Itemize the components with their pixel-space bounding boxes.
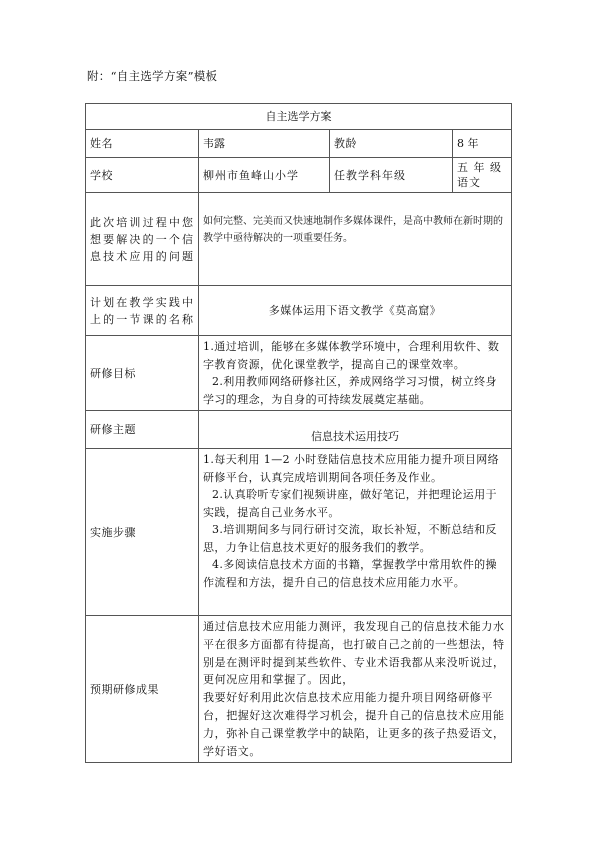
goal-item: 2.利用教师网络研修社区，养成网络学习习惯，树立终身学习的理念，为自身的可持续发…	[203, 373, 507, 408]
name-row: 姓名 韦露 教龄 8 年	[86, 130, 512, 158]
document-caption: 附：“自主选学方案”模板	[87, 68, 217, 84]
table-title: 自主选学方案	[86, 104, 512, 130]
lesson-label: 计划在教学实践中上的一节课的名称	[86, 286, 199, 336]
school-value: 柳州市鱼峰山小学	[199, 158, 330, 193]
outcome-label: 预期研修成果	[86, 616, 199, 763]
years-value: 8 年	[453, 130, 512, 158]
problem-text: 如何完整、完美而又快速地制作多媒体课件，是高中教师在新时期的教学中亟待解决的一项…	[203, 216, 503, 244]
table-title-row: 自主选学方案	[86, 104, 512, 130]
step-item: 4.多阅读信息技术方面的书籍，掌握教学中常用软件的操作流程和方法，提升自己的信息…	[203, 556, 507, 591]
theme-text: 信息技术运用技巧	[311, 430, 399, 443]
subject-value: 五 年 级 语文	[453, 158, 512, 193]
theme-value: 信息技术运用技巧	[199, 411, 512, 449]
name-value: 韦露	[199, 130, 330, 158]
steps-row: 实施步骤 1.每天利用 1—2 小时登陆信息技术应用能力提升项目网络研修平台，认…	[86, 449, 512, 616]
goals-row: 研修目标 1.通过培训，能够在多媒体教学环境中，合理利用软件、数字教育资源，优化…	[86, 336, 512, 411]
goals-value: 1.通过培训，能够在多媒体教学环境中，合理利用软件、数字教育资源，优化课堂教学，…	[199, 336, 512, 411]
lesson-value: 多媒体运用下语文教学《莫高窟》	[199, 286, 512, 336]
outcome-value: 通过信息技术应用能力测评，我发现自己的信息技术能力水平在很多方面都有待提高，也打…	[199, 616, 512, 763]
steps-label: 实施步骤	[86, 449, 199, 616]
problem-row: 此次培训过程中您想要解决的一个信息技术应用的问题 如何完整、完美而又快速地制作多…	[86, 193, 512, 286]
outcome-row: 预期研修成果 通过信息技术应用能力测评，我发现自己的信息技术能力水平在很多方面都…	[86, 616, 512, 763]
subject-label: 任教学科年级	[330, 158, 453, 193]
problem-value: 如何完整、完美而又快速地制作多媒体课件，是高中教师在新时期的教学中亟待解决的一项…	[199, 193, 512, 286]
goals-label: 研修目标	[86, 336, 199, 411]
theme-row: 研修主题 信息技术运用技巧	[86, 411, 512, 449]
self-study-plan-table: 自主选学方案 姓名 韦露 教龄 8 年 学校 柳州市鱼峰山小学 任教学科年级 五…	[85, 103, 512, 763]
years-label: 教龄	[330, 130, 453, 158]
outcome-paragraph: 我要好好利用此次信息技术应用能力提升项目网络研修平台，把握好这次难得学习机会，提…	[203, 689, 507, 760]
problem-label: 此次培训过程中您想要解决的一个信息技术应用的问题	[86, 193, 199, 286]
goal-item: 1.通过培训，能够在多媒体教学环境中，合理利用软件、数字教育资源，优化课堂教学，…	[203, 338, 507, 373]
school-row: 学校 柳州市鱼峰山小学 任教学科年级 五 年 级 语文	[86, 158, 512, 193]
school-label: 学校	[86, 158, 199, 193]
name-label: 姓名	[86, 130, 199, 158]
theme-label: 研修主题	[86, 411, 199, 449]
step-item: 1.每天利用 1—2 小时登陆信息技术应用能力提升项目网络研修平台，认真完成培训…	[203, 451, 507, 486]
outcome-paragraph: 通过信息技术应用能力测评，我发现自己的信息技术能力水平在很多方面都有待提高，也打…	[203, 618, 507, 689]
lesson-row: 计划在教学实践中上的一节课的名称 多媒体运用下语文教学《莫高窟》	[86, 286, 512, 336]
step-item: 3.培训期间多与同行研讨交流，取长补短，不断总结和反思，力争让信息技术更好的服务…	[203, 521, 507, 556]
step-item: 2.认真聆听专家们视频讲座，做好笔记，并把理论运用于实践，提高自己业务水平。	[203, 486, 507, 521]
steps-value: 1.每天利用 1—2 小时登陆信息技术应用能力提升项目网络研修平台，认真完成培训…	[199, 449, 512, 616]
